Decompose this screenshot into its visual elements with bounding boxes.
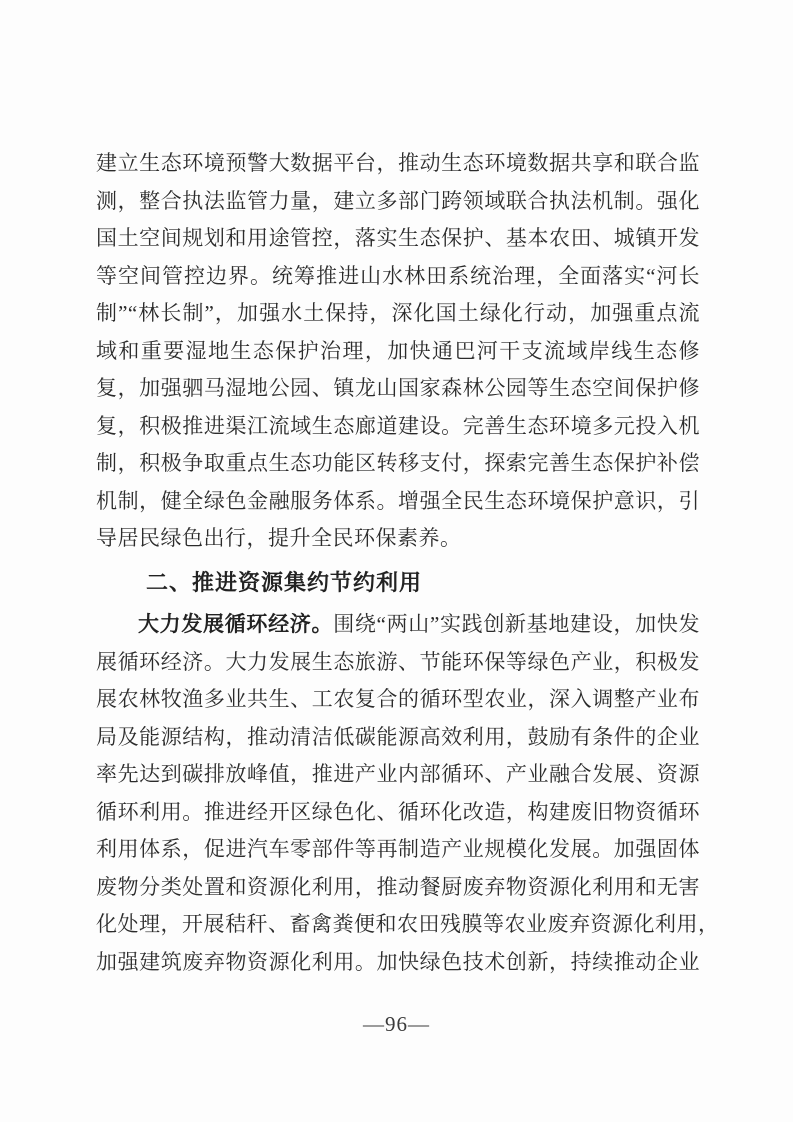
section-heading: 二、推进资源集约节约利用 (96, 564, 700, 602)
body-line: 大力发展循环经济。围绕“两山”实践创新基地建设，加快发 (96, 606, 700, 644)
body-line: 域和重要湿地生态保护治理，加快通巴河干支流域岸线生态修 (96, 333, 700, 371)
body-line: 局及能源结构，推动清洁低碳能源高效利用，鼓励有条件的企业 (96, 719, 700, 757)
paragraph-lead-rest: 围绕“两山”实践创新基地建设，加快发 (333, 612, 700, 636)
document-page: 建立生态环境预警大数据平台，推动生态环境数据共享和联合监 测，整合执法监管力量，… (0, 0, 793, 1122)
body-line: 展农林牧渔多业共生、工农复合的循环型农业，深入调整产业布 (96, 681, 700, 719)
body-line: 复，积极推进渠江流域生态廊道建设。完善生态环境多元投入机 (96, 408, 700, 446)
page-number: —96— (0, 1012, 793, 1037)
body-line: 循环利用。推进经开区绿色化、循环化改造，构建废旧物资循环 (96, 794, 700, 832)
body-line: 废物分类处置和资源化利用，推动餐厨废弃物资源化利用和无害 (96, 869, 700, 907)
body-line: 利用体系，促进汽车零部件等再制造产业规模化发展。加强固体 (96, 831, 700, 869)
body-line: 导居民绿色出行，提升全民环保素养。 (96, 520, 700, 558)
body-line: 率先达到碳排放峰值，推进产业内部循环、产业融合发展、资源 (96, 756, 700, 794)
body-line: 复，加强驷马湿地公园、镇龙山国家森林公园等生态空间保护修 (96, 370, 700, 408)
body-line: 等空间管控边界。统筹推进山水林田系统治理，全面落实“河长 (96, 258, 700, 296)
text-block: 建立生态环境预警大数据平台，推动生态环境数据共享和联合监 测，整合执法监管力量，… (96, 145, 700, 981)
body-line: 制”“林长制”，加强水土保持，深化国土绿化行动，加强重点流 (96, 295, 700, 333)
body-line: 展循环经济。大力发展生态旅游、节能环保等绿色产业，积极发 (96, 644, 700, 682)
body-line: 机制，健全绿色金融服务体系。增强全民生态环境保护意识，引 (96, 483, 700, 521)
body-line: 国土空间规划和用途管控，落实生态保护、基本农田、城镇开发 (96, 220, 700, 258)
body-line: 化处理，开展秸秆、畜禽粪便和农田残膜等农业废弃资源化利用， (96, 906, 700, 944)
body-line: 建立生态环境预警大数据平台，推动生态环境数据共享和联合监 (96, 145, 700, 183)
body-line: 测，整合执法监管力量，建立多部门跨领域联合执法机制。强化 (96, 183, 700, 221)
body-line: 制，积极争取重点生态功能区转移支付，探索完善生态保护补偿 (96, 445, 700, 483)
paragraph-lead: 大力发展循环经济。 (138, 613, 333, 636)
body-line: 加强建筑废弃物资源化利用。加快绿色技术创新，持续推动企业 (96, 944, 700, 982)
